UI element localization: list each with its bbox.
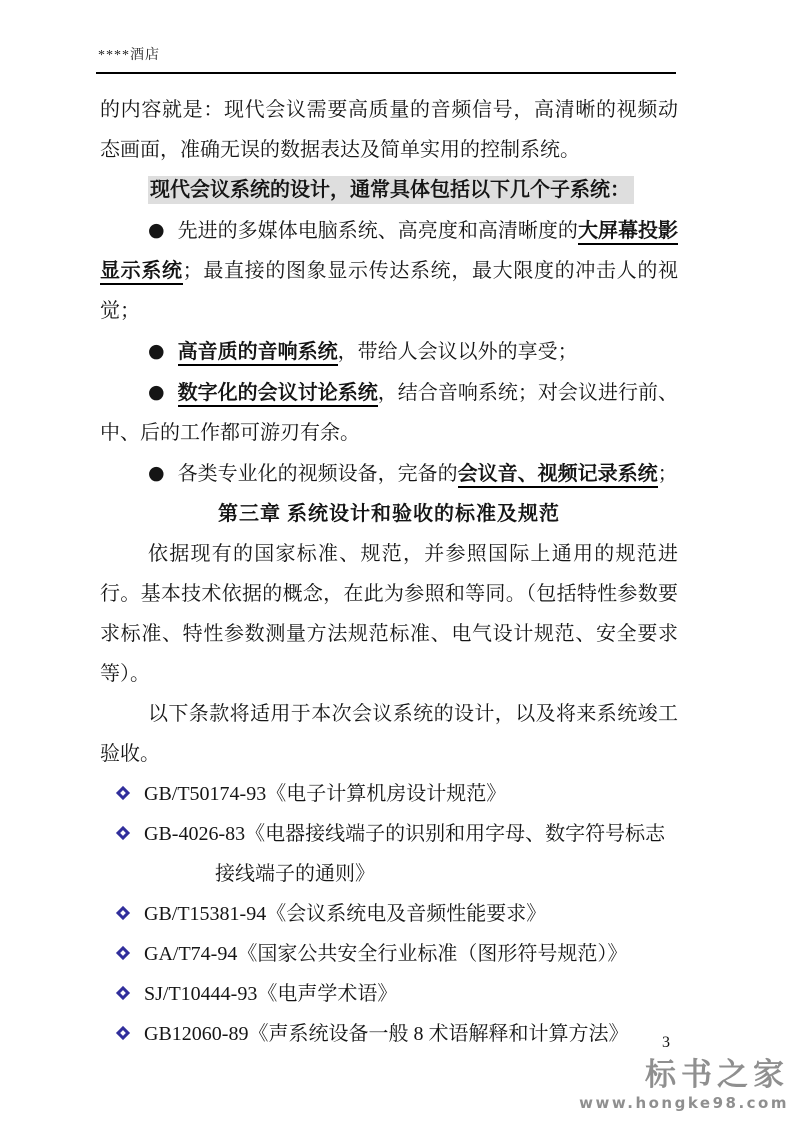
standard-list-item: GB/T15381-94《会议系统电及音频性能要求》 [100, 894, 678, 934]
diamond-bullet-icon [116, 826, 130, 840]
diamond-bullet-icon [116, 786, 130, 800]
bullet-item: ●高音质的音响系统，带给人会议以外的享受； [100, 331, 678, 372]
text-segment: GB12060-89《声系统设备一般 8 术语解释和计算方法》 [144, 1023, 628, 1045]
watermark-brand: 标书之家 [579, 1058, 789, 1092]
bullet-circle-icon: ● [148, 340, 165, 362]
document-page: ****酒店 的内容就是：现代会议需要高质量的音频信号，高清晰的视频动态画面，准… [0, 0, 793, 1122]
diamond-bullet-icon [116, 946, 130, 960]
watermark-url: www.hongke98.com [579, 1095, 789, 1112]
text-segment: GB-4026-83《电器接线端子的识别和用字母、数字符号标志接线端子的通则》 [144, 823, 665, 885]
document-body: 的内容就是：现代会议需要高质量的音频信号，高清晰的视频动态画面，准确无误的数据表… [100, 90, 678, 1054]
watermark: 标书之家 www.hongke98.com [579, 1058, 789, 1112]
bullet-item: ●数字化的会议讨论系统，结合音响系统；对会议进行前、中、后的工作都可游刃有余。 [100, 372, 678, 453]
text-segment: 数字化的会议讨论系统 [178, 382, 378, 407]
section-heading: 第三章 系统设计和验收的标准及规范 [100, 494, 678, 534]
text-segment: GB/T15381-94《会议系统电及音频性能要求》 [144, 903, 546, 925]
standard-list-item: GB12060-89《声系统设备一般 8 术语解释和计算方法》 [100, 1014, 678, 1054]
text-segment: GB/T50174-93《电子计算机房设计规范》 [144, 783, 506, 805]
page-number: 3 [662, 1034, 670, 1052]
standard-list-item: GB/T50174-93《电子计算机房设计规范》 [100, 774, 678, 814]
text-segment: ；最直接的图象显示传达系统，最大限度的冲击人的视觉； [100, 260, 678, 322]
paragraph: 以下条款将适用于本次会议系统的设计，以及将来系统竣工验收。 [100, 694, 678, 774]
text-segment: 的内容就是：现代会议需要高质量的音频信号，高清晰的视频动态画面，准确无误的数据表… [100, 99, 678, 161]
diamond-bullet-icon [116, 906, 130, 920]
text-segment: 以下条款将适用于本次会议系统的设计，以及将来系统竣工验收。 [100, 703, 678, 765]
standard-list-item: SJ/T10444-93《电声学术语》 [100, 974, 678, 1014]
text-segment: SJ/T10444-93《电声学术语》 [144, 983, 397, 1005]
text-segment: 第三章 系统设计和验收的标准及规范 [218, 503, 560, 525]
text-segment: 会议音、视频记录系统 [458, 463, 658, 488]
text-segment: ； [658, 463, 678, 485]
bullet-circle-icon: ● [148, 462, 165, 484]
text-segment: GA/T74-94《国家公共安全行业标准（图形符号规范）》 [144, 943, 627, 965]
text-segment: 先进的多媒体电脑系统、高亮度和高清晰度的 [178, 220, 578, 242]
text-segment: 高音质的音响系统 [178, 341, 338, 366]
bullet-item: ●各类专业化的视频设备，完备的会议音、视频记录系统； [100, 453, 678, 494]
text-segment: 各类专业化的视频设备，完备的 [178, 463, 458, 485]
text-segment: ，带给人会议以外的享受； [338, 341, 578, 363]
paragraph: 现代会议系统的设计，通常具体包括以下几个子系统： [100, 170, 678, 210]
bullet-item: ●先进的多媒体电脑系统、高亮度和高清晰度的大屏幕投影显示系统；最直接的图象显示传… [100, 210, 678, 331]
text-segment: 依据现有的国家标准、规范，并参照国际上通用的规范进行。基本技术依据的概念，在此为… [100, 543, 678, 685]
text-segment: 现代会议系统的设计，通常具体包括以下几个子系统： [148, 176, 634, 204]
diamond-bullet-icon [116, 1026, 130, 1040]
paragraph: 的内容就是：现代会议需要高质量的音频信号，高清晰的视频动态画面，准确无误的数据表… [100, 90, 678, 170]
standard-list-item: GA/T74-94《国家公共安全行业标准（图形符号规范）》 [100, 934, 678, 974]
header-divider [96, 72, 676, 74]
diamond-bullet-icon [116, 986, 130, 1000]
paragraph: 依据现有的国家标准、规范，并参照国际上通用的规范进行。基本技术依据的概念，在此为… [100, 534, 678, 694]
bullet-circle-icon: ● [148, 219, 165, 241]
bullet-circle-icon: ● [148, 381, 165, 403]
standard-list-item: GB-4026-83《电器接线端子的识别和用字母、数字符号标志接线端子的通则》 [100, 814, 678, 894]
page-header-title: ****酒店 [98, 44, 160, 64]
